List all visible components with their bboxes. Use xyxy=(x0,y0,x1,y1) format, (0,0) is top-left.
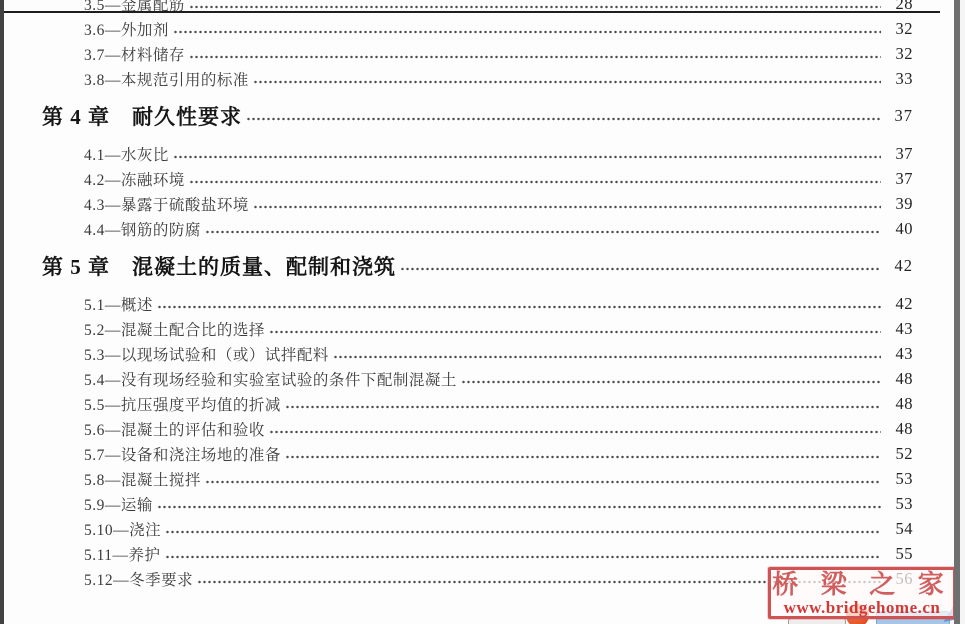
toc-entry-label: 5.12—冬季要求 xyxy=(84,568,193,590)
toc-item-row: 5.7—设备和浇注场地的准备52 xyxy=(0,441,913,466)
toc-item-row: 5.3—以现场试验和（或）试拌配料43 xyxy=(0,341,913,366)
toc-page-number: 48 xyxy=(887,419,913,439)
scan-edge-top-line xyxy=(0,11,940,13)
toc-entry-label: 4.3—暴露于硫酸盐环境 xyxy=(84,193,249,215)
toc-page-number: 42 xyxy=(887,294,913,314)
toc-entry-label: 4.1—水灰比 xyxy=(84,143,169,165)
toc-page-number: 39 xyxy=(887,194,913,214)
dot-leader xyxy=(253,199,881,215)
dot-leader xyxy=(461,374,881,390)
document-page: 3.5—金属配筋283.6—外加剂323.7—材料储存323.8—本规范引用的标… xyxy=(0,0,965,624)
toc-entry-label: 5.3—以现场试验和（或）试拌配料 xyxy=(84,343,329,365)
toc-item-row: 4.4—钢筋的防腐40 xyxy=(0,216,913,241)
dot-leader xyxy=(189,49,881,65)
dot-leader xyxy=(205,474,881,490)
dot-leader xyxy=(173,149,881,165)
toc-entry-label: 3.7—材料储存 xyxy=(84,43,185,65)
watermark-title: 桥 梁 之 家 xyxy=(771,571,953,599)
dot-leader xyxy=(333,349,881,365)
toc-item-row: 5.5—抗压强度平均值的折减48 xyxy=(0,391,913,416)
toc-entry-label: 3.6—外加剂 xyxy=(84,18,169,40)
toc-item-row: 5.2—混凝土配合比的选择43 xyxy=(0,316,913,341)
toc-page-number: 33 xyxy=(887,69,913,89)
scan-edge-left-bar xyxy=(0,0,4,624)
toc-item-row: 5.11—养护55 xyxy=(0,541,913,566)
toc-item-row: 3.8—本规范引用的标准33 xyxy=(0,66,913,91)
toc-page-number: 40 xyxy=(887,219,913,239)
toc-entry-label: 5.5—抗压强度平均值的折减 xyxy=(84,393,281,415)
toc-item-row: 5.6—混凝土的评估和验收48 xyxy=(0,416,913,441)
toc-item-row: 5.1—概述42 xyxy=(0,291,913,316)
toc-page-number: 54 xyxy=(887,519,913,539)
toc-page-number: 53 xyxy=(887,494,913,514)
toc-entry-label: 5.1—概述 xyxy=(84,293,153,315)
viewer-background-strip xyxy=(960,0,965,624)
toc-item-row: 5.9—运输53 xyxy=(0,491,913,516)
toc-page-number: 48 xyxy=(887,369,913,389)
toc-item-row: 5.4—没有现场经验和实验室试验的条件下配制混凝土48 xyxy=(0,366,913,391)
toc-page-number: 43 xyxy=(887,344,913,364)
toc-page-number: 48 xyxy=(887,394,913,414)
toc-page-number: 42 xyxy=(887,256,913,276)
toc-entry-label: 4.2—冻融环境 xyxy=(84,168,185,190)
toc-page-number: 43 xyxy=(887,319,913,339)
toc-entry-label: 5.11—养护 xyxy=(84,543,161,565)
toc-entry-label: 5.4—没有现场经验和实验室试验的条件下配制混凝土 xyxy=(84,368,457,390)
dot-leader xyxy=(269,424,881,440)
dot-leader xyxy=(205,224,881,240)
toc-entry-label: 5.7—设备和浇注场地的准备 xyxy=(84,443,281,465)
toc-page-number: 37 xyxy=(887,106,913,126)
toc-entry-label: 5.2—混凝土配合比的选择 xyxy=(84,318,265,340)
toc-item-row: 4.2—冻融环境37 xyxy=(0,166,913,191)
toc-item-row: 3.5—金属配筋28 xyxy=(0,0,913,16)
toc-item-row: 5.10—浇注54 xyxy=(0,516,913,541)
dot-leader xyxy=(400,261,881,277)
watermark-stamp: 桥 梁 之 家 www.bridgehome.cn xyxy=(768,567,956,619)
toc-entry-label: 第 5 章 混凝土的质量、配制和浇筑 xyxy=(42,251,396,281)
dot-leader xyxy=(269,324,881,340)
toc-item-row: 3.7—材料储存32 xyxy=(0,41,913,66)
toc-entry-label: 5.10—浇注 xyxy=(84,518,161,540)
toc-entry-label: 4.4—钢筋的防腐 xyxy=(84,218,201,240)
dot-leader xyxy=(165,524,881,540)
toc-item-row: 4.1—水灰比37 xyxy=(0,141,913,166)
toc-chapter-row: 第 4 章 耐久性要求37 xyxy=(0,99,913,133)
dot-leader xyxy=(246,111,881,127)
dot-leader xyxy=(285,399,881,415)
watermark-url: www.bridgehome.cn xyxy=(771,599,953,617)
toc-entry-label: 3.8—本规范引用的标准 xyxy=(84,68,249,90)
toc-page-number: 52 xyxy=(887,444,913,464)
dot-leader xyxy=(285,449,881,465)
dot-leader xyxy=(157,299,881,315)
dot-leader xyxy=(157,499,881,515)
toc-page-number: 32 xyxy=(887,44,913,64)
toc-page-number: 32 xyxy=(887,19,913,39)
dot-leader xyxy=(253,74,881,90)
toc-item-row: 5.8—混凝土搅拌53 xyxy=(0,466,913,491)
toc-page-number: 53 xyxy=(887,469,913,489)
toc-page-number: 37 xyxy=(887,169,913,189)
dot-leader xyxy=(173,24,881,40)
dot-leader xyxy=(189,174,881,190)
toc-item-row: 4.3—暴露于硫酸盐环境39 xyxy=(0,191,913,216)
toc-page-number: 37 xyxy=(887,144,913,164)
toc-entry-label: 5.6—混凝土的评估和验收 xyxy=(84,418,265,440)
toc-page-number: 55 xyxy=(887,544,913,564)
toc-entry-label: 第 4 章 耐久性要求 xyxy=(42,101,242,131)
toc-chapter-row: 第 5 章 混凝土的质量、配制和浇筑42 xyxy=(0,249,913,283)
toc-item-row: 3.6—外加剂32 xyxy=(0,16,913,41)
toc-entry-label: 5.8—混凝土搅拌 xyxy=(84,468,201,490)
toc-entry-label: 5.9—运输 xyxy=(84,493,153,515)
toc-list: 3.5—金属配筋283.6—外加剂323.7—材料储存323.8—本规范引用的标… xyxy=(0,0,913,591)
dot-leader xyxy=(165,549,881,565)
